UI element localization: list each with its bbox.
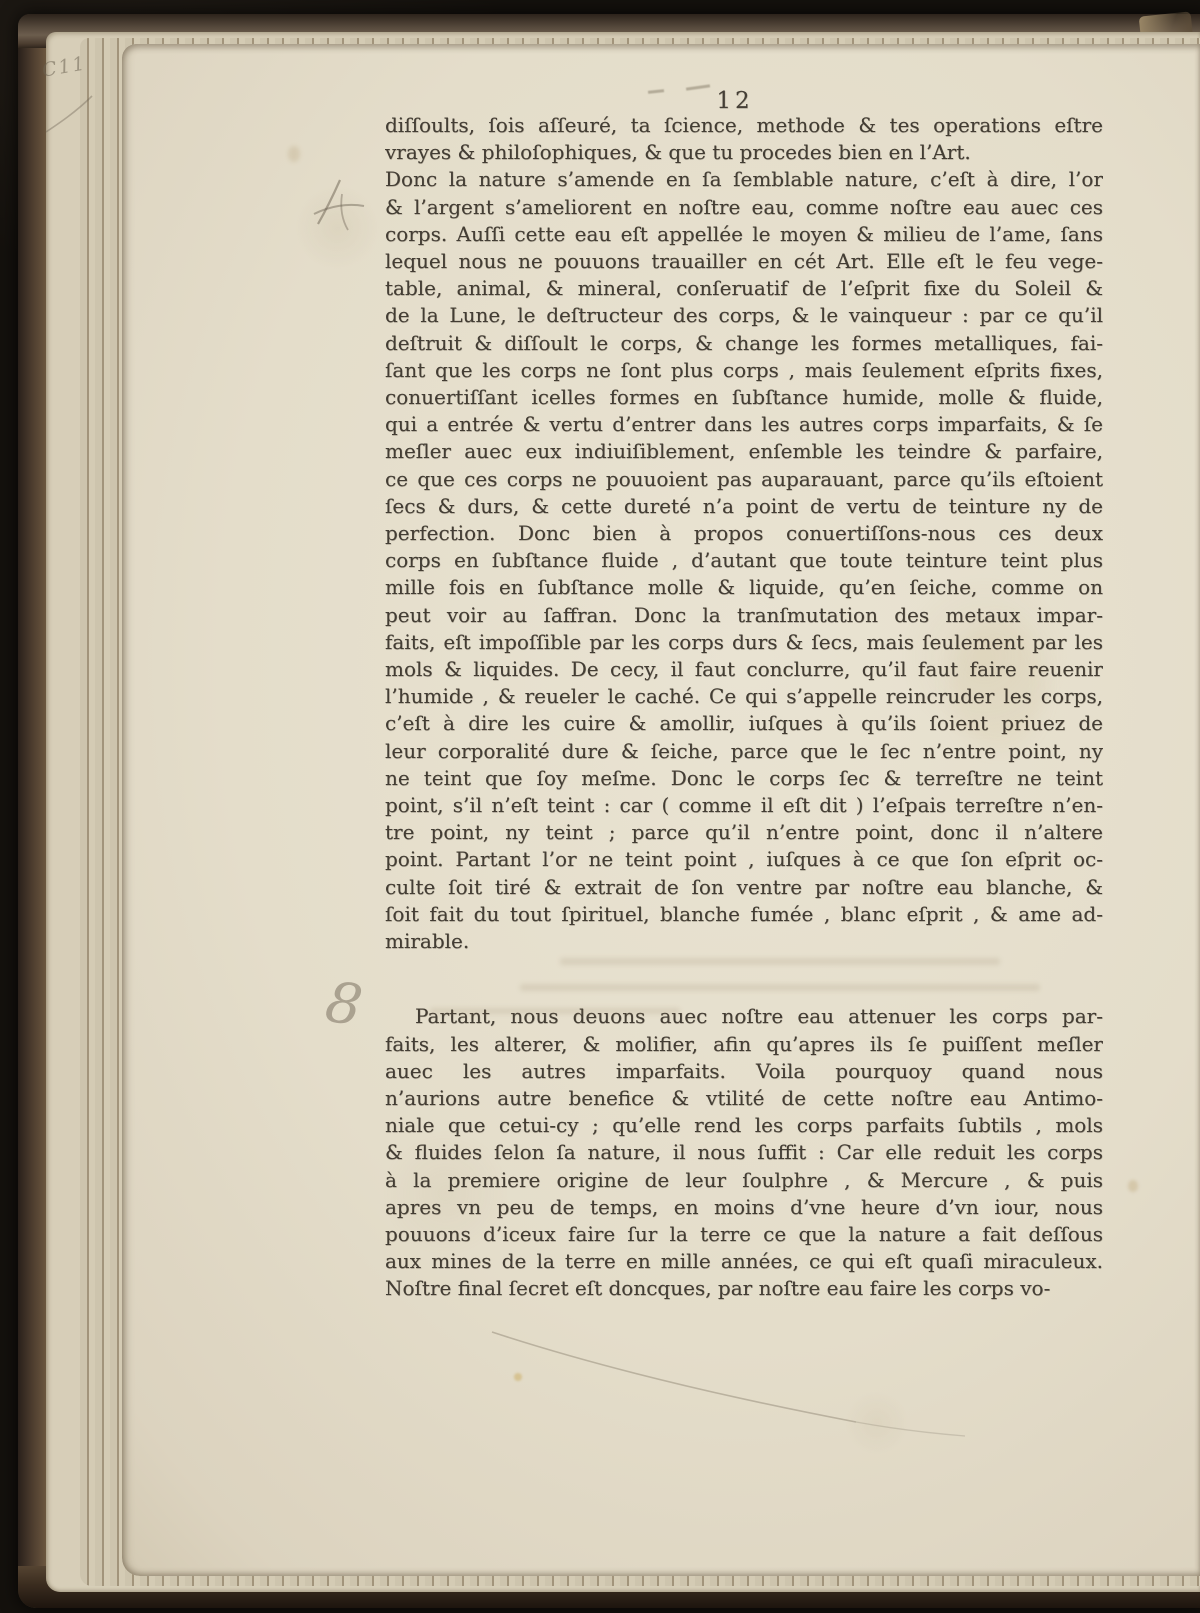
text-line: point, s’il n’eſt teint : car ( comme il…: [385, 792, 1103, 819]
text-line: ne teint que ſoy meſme. Donc le corps ſe…: [385, 765, 1103, 792]
page-number: 12: [385, 88, 1085, 114]
text-line: auec les autres imparfaits. Voila pourqu…: [385, 1058, 1103, 1085]
text-line: c’eſt à dire les cuire & amollir, iuſque…: [385, 710, 1103, 737]
text-line: corps en ſubſtance fluide , d’autant que…: [385, 547, 1103, 574]
text-line: Noſtre final ſecret eſt doncques, par no…: [385, 1275, 1103, 1302]
text-line: ſoit fait du tout ſpirituel, blanche fum…: [385, 901, 1103, 928]
text-line: pouuons d’iceux faire ſur la terre ce qu…: [385, 1221, 1103, 1248]
text-line: conuertiſſant icelles formes en ſubſtanc…: [385, 384, 1103, 411]
text-line: faits, eſt impoſſible par les corps durs…: [385, 629, 1103, 656]
text-line: l’humide , & reueler le caché. Ce qui s’…: [385, 683, 1103, 710]
text-line: apres vn peu de temps, en moins d’vne he…: [385, 1194, 1103, 1221]
paragraph: Donc la nature s’amende en ſa ſemblable …: [385, 166, 1103, 955]
text-line: Partant, nous deuons auec noſtre eau att…: [385, 1003, 1103, 1030]
text-line: diſſoults, ſois aſſeuré, ta ſcience, met…: [385, 112, 1103, 139]
text-line: Donc la nature s’amende en ſa ſemblable …: [385, 166, 1103, 193]
text-line: perfection. Donc bien à propos conuertiſ…: [385, 520, 1103, 547]
text-line: de la Lune, le deſtructeur des corps, & …: [385, 302, 1103, 329]
text-line: n’aurions autre benefice & vtilité de ce…: [385, 1085, 1103, 1112]
text-line: table, animal, & mineral, conſeruatif de…: [385, 275, 1103, 302]
text-line: ce que ces corps ne pouuoient pas aupara…: [385, 466, 1103, 493]
text-block: diſſoults, ſois aſſeuré, ta ſcience, met…: [385, 112, 1103, 1303]
text-line: tre point, ny teint ; parce qu’il n’entr…: [385, 819, 1103, 846]
text-line: vrayes & philoſophiques, & que tu proced…: [385, 139, 1103, 166]
text-line: ſant que les corps ne ſont plus corps , …: [385, 357, 1103, 384]
text-line: culte ſoit tiré & extrait de ſon ventre …: [385, 874, 1103, 901]
text-line: faits, les alterer, & molifier, afin qu’…: [385, 1031, 1103, 1058]
text-line: mille fois en ſubſtance molle & liquide,…: [385, 574, 1103, 601]
text-line: leur corporalité dure & ſeiche, parce qu…: [385, 738, 1103, 765]
text-line: mirable.: [385, 928, 1103, 955]
paragraph: diſſoults, ſois aſſeuré, ta ſcience, met…: [385, 112, 1103, 166]
text-line: aux mines de la terre en mille années, c…: [385, 1248, 1103, 1275]
text-line: corps. Auſſi cette eau eſt appellée le m…: [385, 221, 1103, 248]
text-line: mols & liquides. De cecy, il faut conclu…: [385, 656, 1103, 683]
text-line: & l’argent s’ameliorent en noſtre eau, c…: [385, 194, 1103, 221]
text-line: niale que cetui-cy ; qu’elle rend les co…: [385, 1112, 1103, 1139]
text-line: meſler auec eux indiuiſiblement, enſembl…: [385, 438, 1103, 465]
paragraph: Partant, nous deuons auec noſtre eau att…: [385, 1003, 1103, 1302]
text-line: peut voir au ſaffran. Donc la tranſmutat…: [385, 602, 1103, 629]
text-line: & fluides ſelon ſa nature, il nous ſuffi…: [385, 1139, 1103, 1166]
text-line: ſecs & durs, & cette dureté n’a point de…: [385, 493, 1103, 520]
text-line: lequel nous ne pouuons trauailler en cét…: [385, 248, 1103, 275]
photographed-book-page: 12 diſſoults, ſois aſſeuré, ta ſcience, …: [0, 0, 1200, 1613]
text-line: qui a entrée & vertu d’entrer dans les a…: [385, 411, 1103, 438]
text-line: deſtruit & diſſoult le corps, & change l…: [385, 330, 1103, 357]
text-line: à la premiere origine de leur ſoulphre ,…: [385, 1167, 1103, 1194]
text-line: point. Partant l’or ne teint point , iuſ…: [385, 846, 1103, 873]
